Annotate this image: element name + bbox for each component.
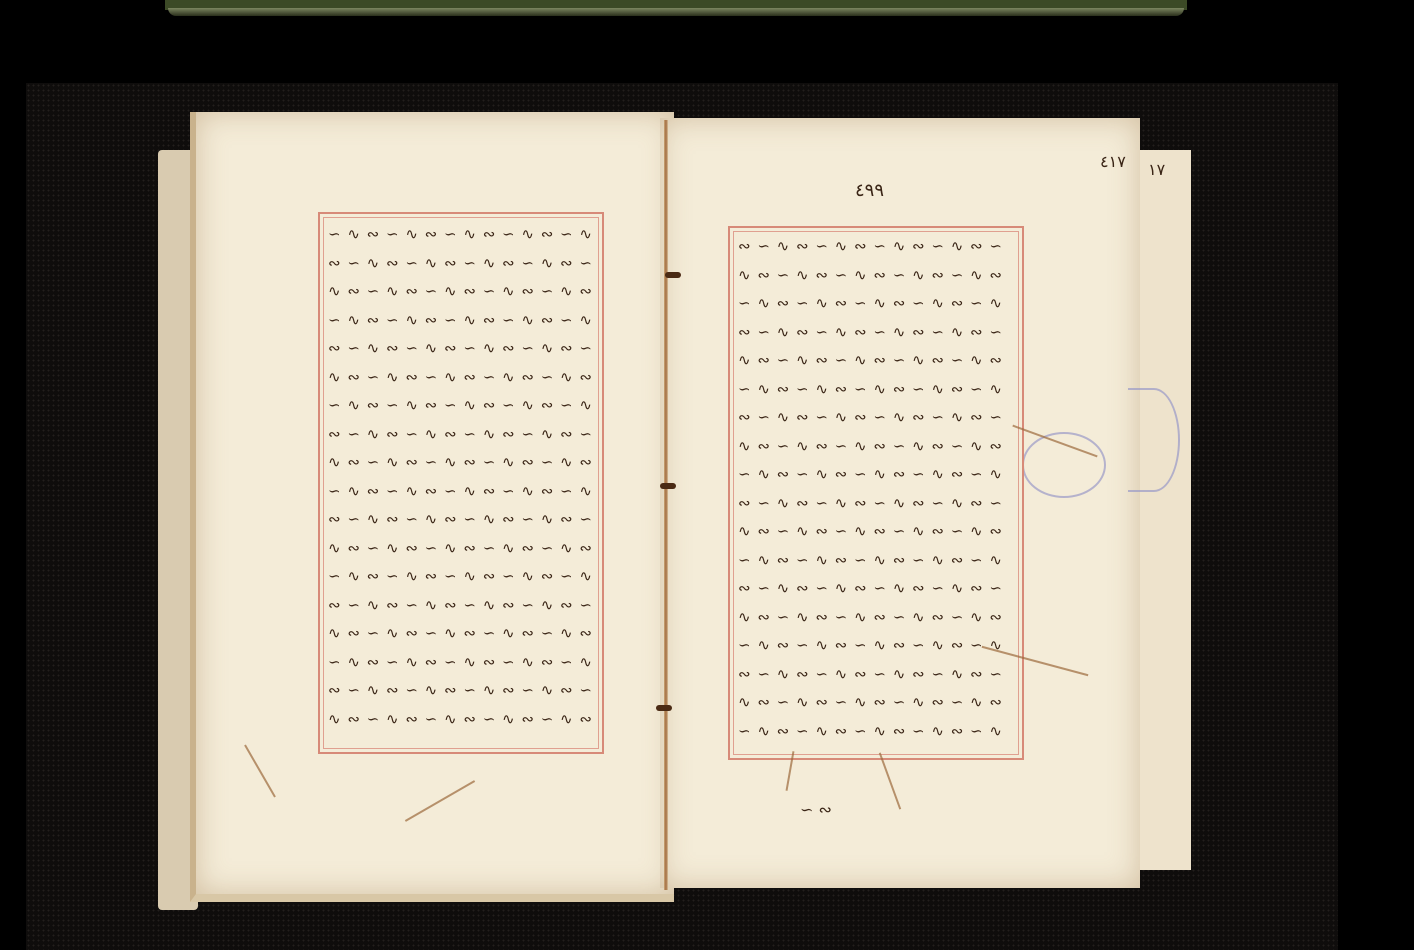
library-stamp-partial <box>1022 432 1106 498</box>
script-line: ∽ ∿ ∾ ∽ ∿ ∾ ∽ ∿ ∾ ∽ ∿ ∾ ∽ ∿ <box>738 717 1014 746</box>
script-line: ∿ ∾ ∽ ∿ ∾ ∽ ∿ ∾ ∽ ∿ ∾ ∽ ∿ ∾ <box>328 619 594 648</box>
script-line: ∾ ∽ ∿ ∾ ∽ ∿ ∾ ∽ ∿ ∾ ∽ ∿ ∾ ∽ <box>328 676 594 705</box>
script-line: ∿ ∾ ∽ ∿ ∾ ∽ ∿ ∾ ∽ ∿ ∾ ∽ ∿ ∾ <box>328 448 594 477</box>
script-line: ∾ ∽ ∿ ∾ ∽ ∿ ∾ ∽ ∿ ∾ ∽ ∿ ∾ ∽ <box>328 249 594 278</box>
script-line: ∽ ∿ ∾ ∽ ∿ ∾ ∽ ∿ ∾ ∽ ∿ ∾ ∽ ∿ <box>328 220 594 249</box>
script-line: ∿ ∾ ∽ ∿ ∾ ∽ ∿ ∾ ∽ ∿ ∾ ∽ ∿ ∾ <box>328 363 594 392</box>
script-line: ∾ ∽ ∿ ∾ ∽ ∿ ∾ ∽ ∿ ∾ ∽ ∿ ∾ ∽ <box>738 232 1014 261</box>
binding-stitch <box>656 705 672 711</box>
script-line: ∽ ∿ ∾ ∽ ∿ ∾ ∽ ∿ ∾ ∽ ∿ ∾ ∽ ∿ <box>328 477 594 506</box>
book-spine <box>664 120 668 890</box>
left-text-block: ∽ ∿ ∾ ∽ ∿ ∾ ∽ ∿ ∾ ∽ ∿ ∾ ∽ ∿ ∾ ∽ ∿ ∾ ∽ ∿ … <box>318 212 604 754</box>
right-text-block: ∾ ∽ ∿ ∾ ∽ ∿ ∾ ∽ ∿ ∾ ∽ ∿ ∾ ∽ ∿ ∾ ∽ ∿ ∾ ∽ … <box>728 226 1024 760</box>
script-line: ∽ ∿ ∾ ∽ ∿ ∾ ∽ ∿ ∾ ∽ ∿ ∾ ∽ ∿ <box>738 375 1014 404</box>
script-line: ∾ ∽ ∿ ∾ ∽ ∿ ∾ ∽ ∿ ∾ ∽ ∿ ∾ ∽ <box>738 318 1014 347</box>
binding-stitch <box>660 483 676 489</box>
script-line: ∽ ∿ ∾ ∽ ∿ ∾ ∽ ∿ ∾ ∽ ∿ ∾ ∽ ∿ <box>328 562 594 591</box>
script-line: ∿ ∾ ∽ ∿ ∾ ∽ ∿ ∾ ∽ ∿ ∾ ∽ ∿ ∾ <box>328 534 594 563</box>
script-line: ∾ ∽ ∿ ∾ ∽ ∿ ∾ ∽ ∿ ∾ ∽ ∿ ∾ ∽ <box>738 489 1014 518</box>
script-line: ∿ ∾ ∽ ∿ ∾ ∽ ∿ ∾ ∽ ∿ ∾ ∽ ∿ ∾ <box>738 261 1014 290</box>
script-line: ∿ ∾ ∽ ∿ ∾ ∽ ∿ ∾ ∽ ∿ ∾ ∽ ∿ ∾ <box>738 346 1014 375</box>
script-line: ∽ ∿ ∾ ∽ ∿ ∾ ∽ ∿ ∾ ∽ ∿ ∾ ∽ ∿ <box>738 546 1014 575</box>
script-line: ∿ ∾ ∽ ∿ ∾ ∽ ∿ ∾ ∽ ∿ ∾ ∽ ∿ ∾ <box>738 517 1014 546</box>
script-line: ∿ ∾ ∽ ∿ ∾ ∽ ∿ ∾ ∽ ∿ ∾ ∽ ∿ ∾ <box>738 432 1014 461</box>
script-line: ∽ ∿ ∾ ∽ ∿ ∾ ∽ ∿ ∾ ∽ ∿ ∾ ∽ ∿ <box>738 460 1014 489</box>
binding-stitch <box>665 272 681 278</box>
script-line: ∽ ∿ ∾ ∽ ∿ ∾ ∽ ∿ ∾ ∽ ∿ ∾ ∽ ∿ <box>328 648 594 677</box>
script-line: ∿ ∾ ∽ ∿ ∾ ∽ ∿ ∾ ∽ ∿ ∾ ∽ ∿ ∾ <box>328 705 594 734</box>
script-line: ∽ ∿ ∾ ∽ ∿ ∾ ∽ ∿ ∾ ∽ ∿ ∾ ∽ ∿ <box>738 289 1014 318</box>
folio-number-corner-2: ١٧ <box>1148 160 1165 179</box>
script-line: ∿ ∾ ∽ ∿ ∾ ∽ ∿ ∾ ∽ ∿ ∾ ∽ ∿ ∾ <box>738 603 1014 632</box>
folio-number-center: ٤٩٩ <box>855 180 884 201</box>
script-line: ∾ ∽ ∿ ∾ ∽ ∿ ∾ ∽ ∿ ∾ ∽ ∿ ∾ ∽ <box>738 403 1014 432</box>
marginal-note: ∽ ∾ <box>800 800 832 819</box>
library-stamp <box>1128 388 1180 492</box>
script-line: ∽ ∿ ∾ ∽ ∿ ∾ ∽ ∿ ∾ ∽ ∿ ∾ ∽ ∿ <box>738 631 1014 660</box>
script-line: ∿ ∾ ∽ ∿ ∾ ∽ ∿ ∾ ∽ ∿ ∾ ∽ ∿ ∾ <box>738 688 1014 717</box>
script-line: ∽ ∿ ∾ ∽ ∿ ∾ ∽ ∿ ∾ ∽ ∿ ∾ ∽ ∿ <box>328 391 594 420</box>
script-line: ∾ ∽ ∿ ∾ ∽ ∿ ∾ ∽ ∿ ∾ ∽ ∿ ∾ ∽ <box>328 420 594 449</box>
script-line: ∾ ∽ ∿ ∾ ∽ ∿ ∾ ∽ ∿ ∾ ∽ ∿ ∾ ∽ <box>328 334 594 363</box>
script-line: ∾ ∽ ∿ ∾ ∽ ∿ ∾ ∽ ∿ ∾ ∽ ∿ ∾ ∽ <box>738 660 1014 689</box>
script-line: ∽ ∿ ∾ ∽ ∿ ∾ ∽ ∿ ∾ ∽ ∿ ∾ ∽ ∿ <box>328 306 594 335</box>
folio-number-corner: ٤١٧ <box>1100 152 1126 171</box>
script-line: ∿ ∾ ∽ ∿ ∾ ∽ ∿ ∾ ∽ ∿ ∾ ∽ ∿ ∾ <box>328 277 594 306</box>
script-line: ∾ ∽ ∿ ∾ ∽ ∿ ∾ ∽ ∿ ∾ ∽ ∿ ∾ ∽ <box>328 591 594 620</box>
top-film-edge-highlight <box>168 8 1184 16</box>
script-line: ∾ ∽ ∿ ∾ ∽ ∿ ∾ ∽ ∿ ∾ ∽ ∿ ∾ ∽ <box>328 505 594 534</box>
script-line: ∾ ∽ ∿ ∾ ∽ ∿ ∾ ∽ ∿ ∾ ∽ ∿ ∾ ∽ <box>738 574 1014 603</box>
